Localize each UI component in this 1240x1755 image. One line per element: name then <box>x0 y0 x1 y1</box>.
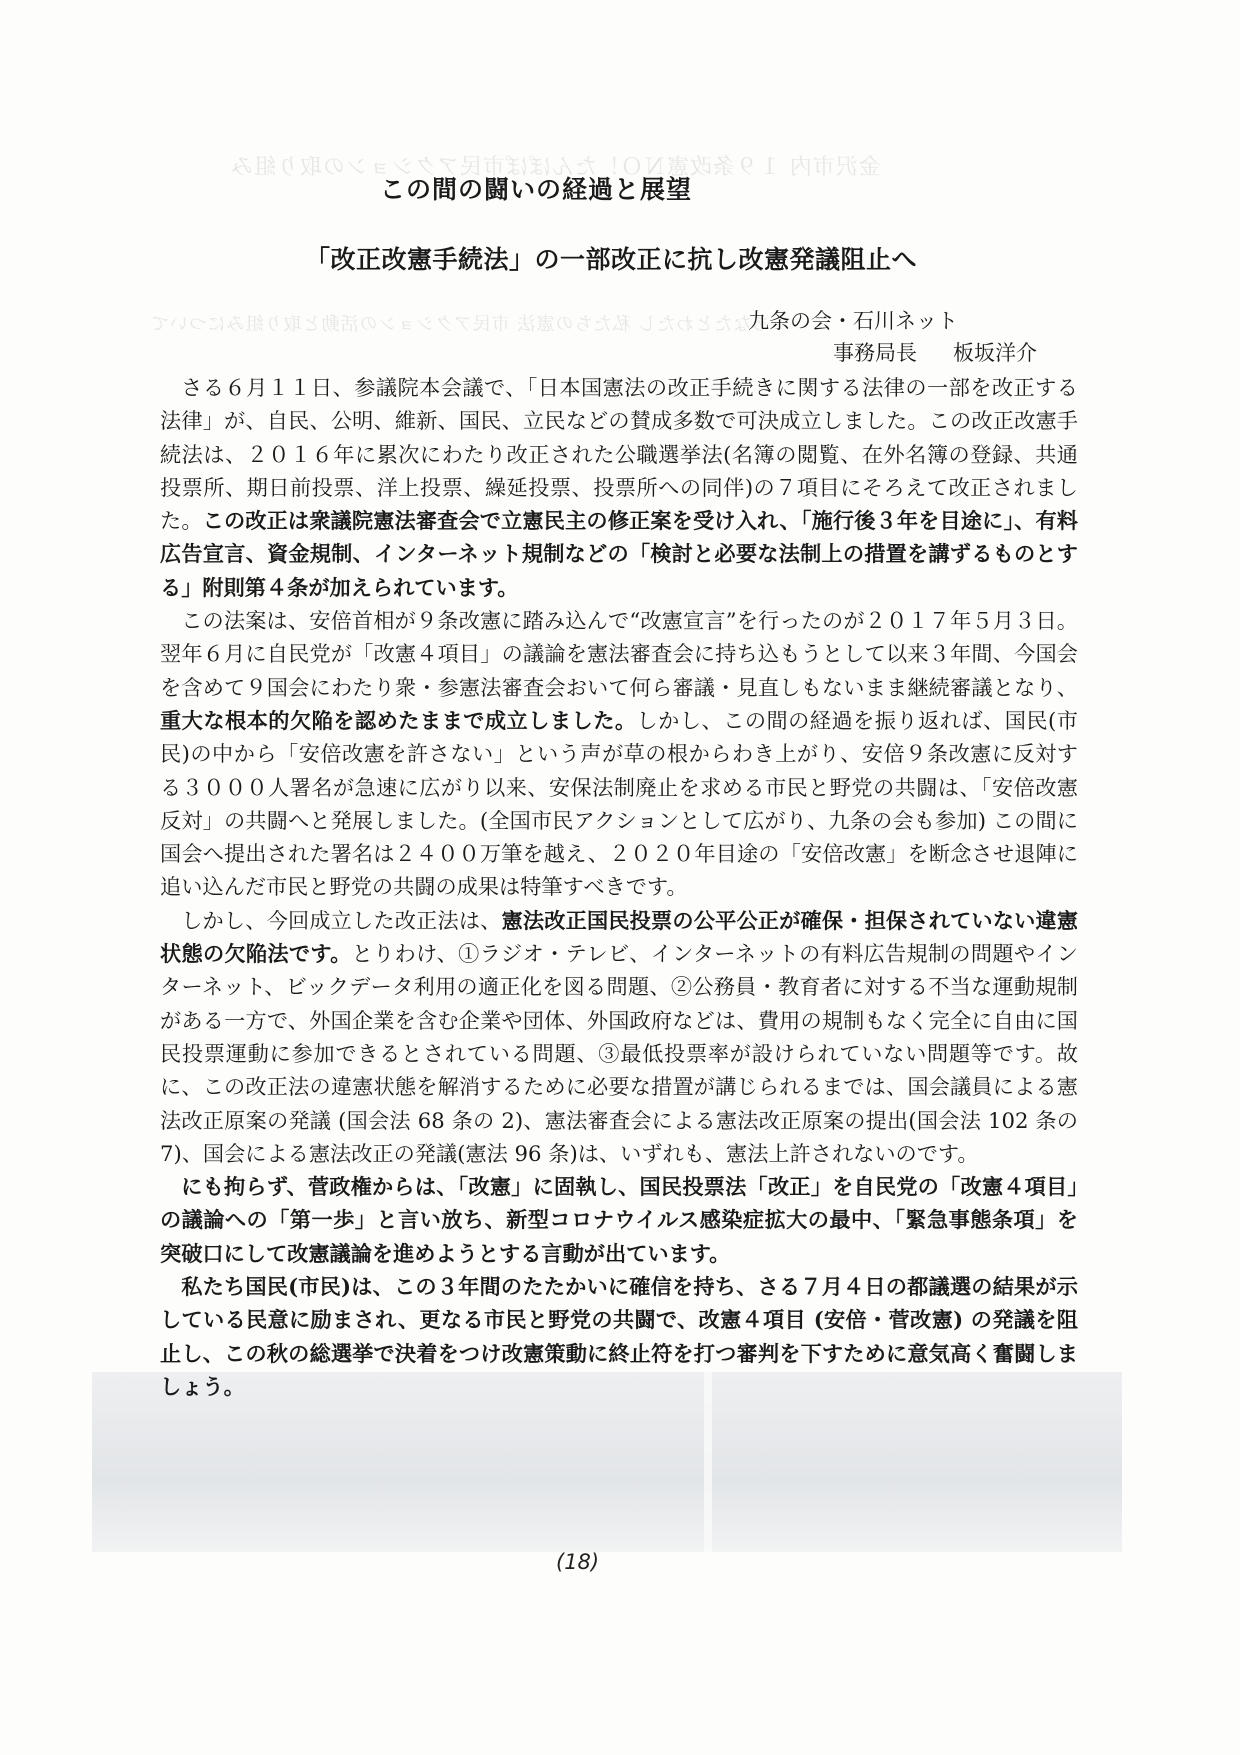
reverse-side-bleed-through: あなたとわたし 私たちの憲法 市民アクションの活動と取り組みについて <box>150 310 770 336</box>
author-role: 事務局長 <box>833 341 917 365</box>
paragraph-text: この法案は、安倍首相が９条改憲に踏み込んで“改憲宣言”を行ったのが２０１７年５月… <box>160 608 1078 700</box>
paragraph-text-bold: 私たち国民(市民)は、この３年間のたたかいに確信を持ち、さる７月４日の都議選の結… <box>160 1274 1078 1399</box>
paragraph-3: しかし、今回成立した改正法は、憲法改正国民投票の公平公正が確保・担保されていない… <box>160 904 1078 1170</box>
paragraph-text: とりわけ、①ラジオ・テレビ、インターネットの有料広告規制の問題やインターネット、… <box>160 941 1078 1166</box>
paragraph-1: さる６月１１日、参議院本会議で、「日本国憲法の改正手続きに関する法律の一部を改正… <box>160 371 1078 604</box>
author-name: 板坂洋介 <box>953 341 1037 365</box>
paragraph-text-bold: 重大な根本的欠陥を認めたままで成立しました。 <box>160 708 637 733</box>
paragraph-4: にも拘らず、菅政権からは、「改憲」に固執し、国民投票法「改正」を自民党の「改憲４… <box>160 1170 1078 1270</box>
document-title: この間の闘いの経過と展望 <box>380 170 692 206</box>
author-line: 事務局長板坂洋介 <box>833 337 1037 367</box>
article-body: さる６月１１日、参議院本会議で、「日本国憲法の改正手続きに関する法律の一部を改正… <box>160 371 1078 1403</box>
paragraph-text: しかし、この間の経過を振り返れば、国民(市民)の中から「安倍改憲を許さない」とい… <box>160 708 1078 899</box>
author-organization: 九条の会・石川ネット <box>748 305 958 335</box>
document-subtitle: 「改正改憲手続法」の一部改正に抗し改憲発議阻止へ <box>305 240 917 276</box>
paragraph-2: この法案は、安倍首相が９条改憲に踏み込んで“改憲宣言”を行ったのが２０１７年５月… <box>160 604 1078 904</box>
paragraph-text-bold: この改正は衆議院憲法審査会で立憲民主の修正案を受け入れ、「施行後３年を目途に」、… <box>160 508 1078 600</box>
paragraph-5: 私たち国民(市民)は、この３年間のたたかいに確信を持ち、さる７月４日の都議選の結… <box>160 1270 1078 1403</box>
page-number: (18) <box>556 1550 599 1574</box>
paragraph-text-bold: にも拘らず、菅政権からは、「改憲」に固執し、国民投票法「改正」を自民党の「改憲４… <box>160 1174 1078 1266</box>
paragraph-text: しかし、今回成立した改正法は、 <box>181 908 501 933</box>
